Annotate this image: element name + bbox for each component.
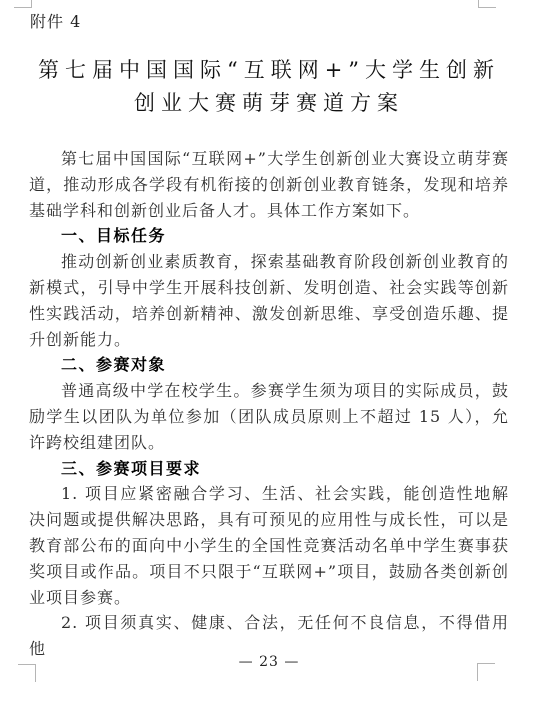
paragraph-requirement-1: 1. 项目应紧密融合学习、生活、社会实践，能创造性地解决问题或提供解决思路，具有… xyxy=(29,481,509,610)
document-title: 第七届中国国际“互联网+”大学生创新 创业大赛萌芽赛道方案 xyxy=(0,54,538,120)
paragraph-participants: 普通高级中学在校学生。参赛学生须为项目的实际成员，鼓励学生以团队为单位参加（团队… xyxy=(29,378,509,455)
section-heading-goals: 一、目标任务 xyxy=(29,223,509,249)
page-number: — 23 — xyxy=(0,654,538,670)
corner-mark-top-left xyxy=(14,0,32,8)
document-page: 附件 4 第七届中国国际“互联网+”大学生创新 创业大赛萌芽赛道方案 第七届中国… xyxy=(0,0,538,712)
document-title-line-1: 第七届中国国际“互联网+”大学生创新 xyxy=(0,54,538,87)
corner-mark-top-right xyxy=(478,0,496,8)
section-heading-project-requirements: 三、参赛项目要求 xyxy=(29,456,509,482)
paragraph-goals: 推动创新创业素质教育，探索基础教育阶段创新创业教育的新模式，引导中学生开展科技创… xyxy=(29,249,509,352)
document-body: 第七届中国国际“互联网+”大学生创新创业大赛设立萌芽赛道，推动形成各学段有机衔接… xyxy=(29,146,509,662)
document-title-line-2: 创业大赛萌芽赛道方案 xyxy=(0,87,538,120)
attachment-label: 附件 4 xyxy=(30,9,81,32)
section-heading-participants: 二、参赛对象 xyxy=(29,352,509,378)
paragraph-intro: 第七届中国国际“互联网+”大学生创新创业大赛设立萌芽赛道，推动形成各学段有机衔接… xyxy=(29,146,509,223)
